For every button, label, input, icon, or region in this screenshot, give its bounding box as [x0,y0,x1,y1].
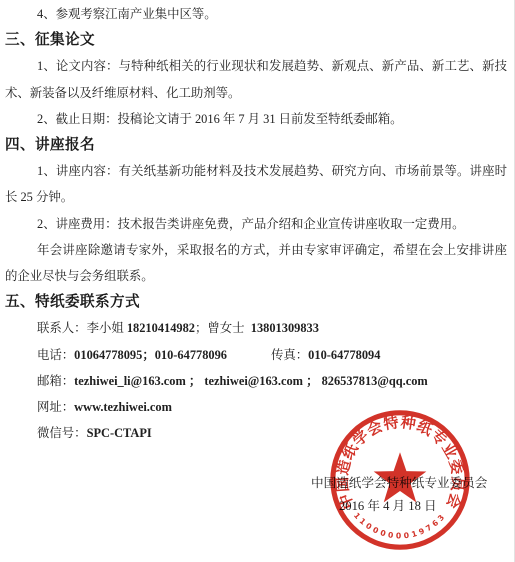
email-label: 邮箱： [37,374,74,388]
document-page: 4、参观考察江南产业集中区等。 三、征集论文 1、论文内容：与特种纸相关的行业现… [0,0,515,562]
website-label: 网址： [37,400,74,414]
star-icon [374,452,427,502]
contact-person-phone-2: 13801309833 [251,321,319,335]
phone-numbers: 01064778095；010-64778096 [74,348,227,362]
contact-person-line: 联系人：李小姐 18210414982；曾女士 13801309833 [5,315,507,341]
email-addresses: tezhiwei_li@163.com ； tezhiwei@163.com ；… [74,374,428,388]
papers-deadline-line: 2、截止日期：投稿论文请于 2016 年 7 月 31 日前发至特纸委邮箱。 [5,106,507,132]
papers-content-line-1: 1、论文内容：与特种纸相关的行业现状和发展趋势、新观点、新产品、新工艺、新技 [5,53,507,79]
section-title-lecture-signup: 四、讲座报名 [5,132,507,158]
contact-person-label: 联系人： [37,321,87,335]
section-title-contact-info: 五、特纸委联系方式 [5,289,507,315]
contact-person-name-2: 曾女士 [207,321,250,335]
lecture-content-line-2: 长 25 分钟。 [5,184,507,210]
lecture-note-line-2: 的企业尽快与会务组联系。 [5,263,507,289]
wechat-id: SPC-CTAPI [87,426,152,440]
lecture-content-line-1: 1、讲座内容：有关纸基新功能材料及技术发展趋势、研究方向、市场前景等。讲座时 [5,158,507,184]
lecture-fee-line: 2、讲座费用：技术报告类讲座免费，产品介绍和企业宣传讲座收取一定费用。 [5,211,507,237]
fax-label: 传真： [271,348,308,362]
contact-email-line: 邮箱：tezhiwei_li@163.com ； tezhiwei@163.co… [5,368,507,394]
contact-person-name-1: 李小姐 [87,321,127,335]
phone-label: 电话： [37,348,74,362]
official-seal: 中国造纸学会特种纸专业委员会 1100000019763 [327,407,473,553]
papers-content-line-2: 术、新装备以及纤维原材料、化工助剂等。 [5,80,507,106]
paragraph-visit-item: 4、参观考察江南产业集中区等。 [5,1,507,27]
document-body: 4、参观考察江南产业集中区等。 三、征集论文 1、论文内容：与特种纸相关的行业现… [0,0,514,446]
contact-phone-fax-line: 电话：01064778095；010-64778096传真：010-647780… [5,342,507,368]
wechat-label: 微信号： [37,426,87,440]
website-url: www.tezhiwei.com [74,400,172,414]
lecture-note-line-1: 年会讲座除邀请专家外，采取报名的方式，并由专家审评确定，希望在会上安排讲座 [5,237,507,263]
section-title-collect-papers: 三、征集论文 [5,27,507,53]
contact-person-separator: ； [195,321,207,335]
contact-person-phone-1: 18210414982 [127,321,195,335]
fax-number: 010-64778094 [308,348,380,362]
